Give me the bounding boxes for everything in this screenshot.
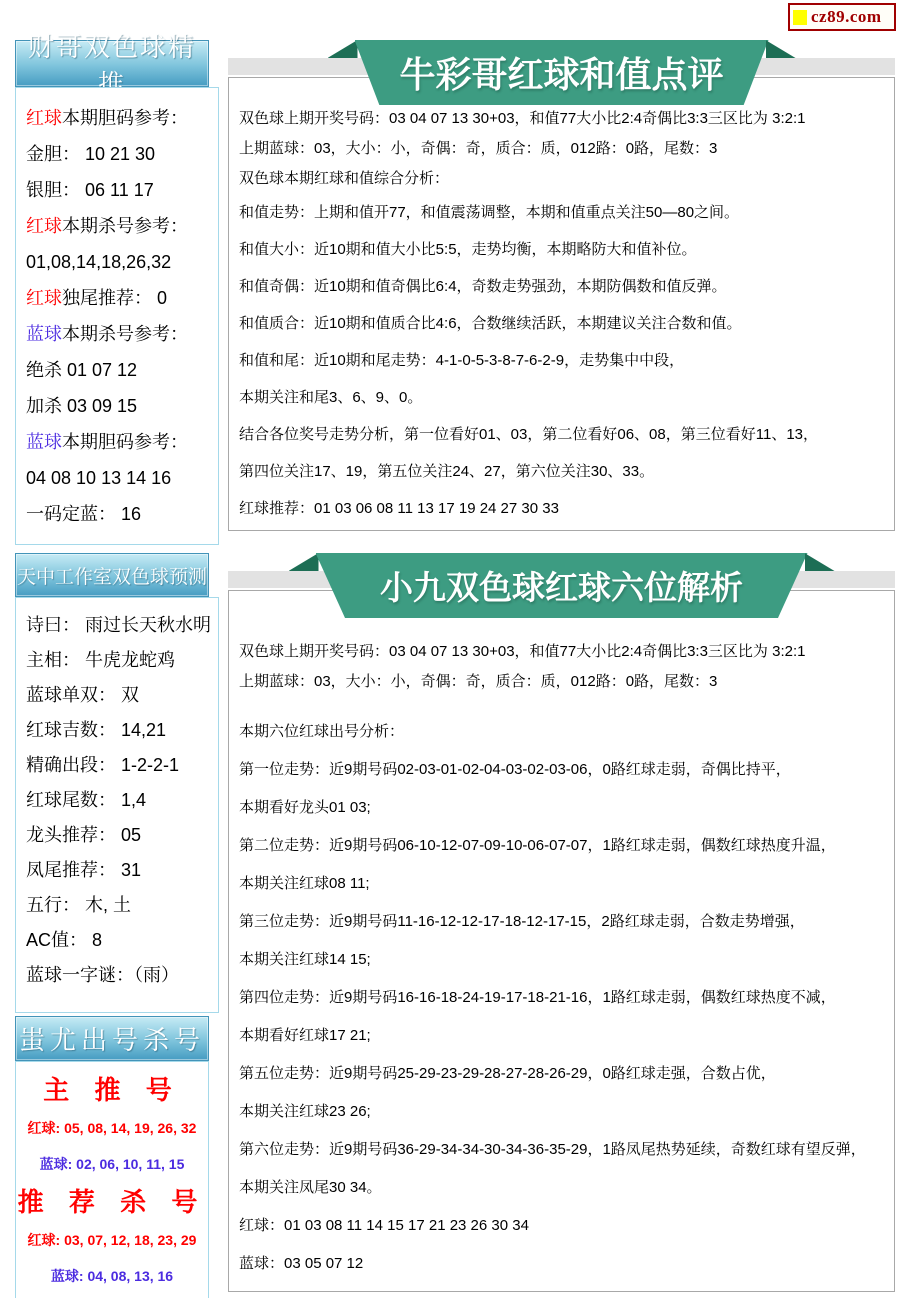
text-segment: 本期关注红球14 15; [239,951,371,968]
text-segment: 本期胆码参考： [62,108,188,128]
text-line: 本期关注凤尾30 34。 [239,1169,884,1207]
text-line: 蓝球: 02, 06, 10, 11, 15 [16,1146,208,1182]
text-line: 本期关注红球23 26; [239,1093,884,1131]
text-line [239,697,884,713]
sidebar-panel-caige-header: 财哥双色球精推 [15,40,209,87]
ribbon-fold-left-icon [289,553,319,571]
text-segment: 红球: 03, 07, 12, 18, 23, 29 [28,1232,197,1248]
text-line: 本期关注红球14 15; [239,941,884,979]
text-segment: 本期看好红球17 21; [239,1027,371,1044]
text-line: 结合各位奖号走势分析，第一位看好01、03，第二位看好06、08，第三位看好11… [239,416,884,453]
text-line: 银胆： 06 11 17 [26,172,218,208]
text-line: 和值走势：上期和值开77，和值震荡调整，本期和值重点关注50—80之间。 [239,194,884,231]
panel-title-banner: 牛彩哥红球和值点评 [355,40,769,105]
text-line: 第六位走势：近9期号码36-29-34-34-30-34-36-35-29，1路… [239,1131,884,1169]
text-segment: 和值和尾：近10期和尾走势：4-1-0-5-3-8-7-6-2-9，走势集中中段… [239,352,684,369]
logo-text: cz89.com [811,7,882,27]
main-panel-niucaige-body: 双色球上期开奖号码：03 04 07 13 30+03，和值77大小比2:4奇偶… [228,77,895,531]
text-segment: 双色球上期开奖号码：03 04 07 13 30+03，和值77大小比2:4奇偶… [239,110,805,127]
text-segment: 诗曰： 雨过长天秋水明 [26,615,211,635]
text-line: 蓝球单双： 双 [26,678,218,713]
text-line: 龙头推荐： 05 [26,818,218,853]
text-segment: 本期杀号参考： [62,216,188,236]
text-segment: 红球 [26,216,62,236]
text-segment: 01,08,14,18,26,32 [26,252,171,272]
text-segment: 五行： 木, 土 [26,895,131,915]
text-line: 双色球上期开奖号码：03 04 07 13 30+03，和值77大小比2:4奇偶… [239,637,884,667]
text-line: 红球吉数： 14,21 [26,713,218,748]
text-line: 凤尾推荐： 31 [26,853,218,888]
text-segment: 银胆： 06 11 17 [26,180,154,200]
text-line: 蓝球本期杀号参考： [26,316,218,352]
text-segment: 加杀 03 09 15 [26,396,137,416]
ribbon-fold-right-icon [766,40,796,58]
text-line: 红球: 05, 08, 14, 19, 26, 32 [16,1110,208,1146]
text-segment: 本期关注红球08 11; [239,875,370,892]
text-line: 主相： 牛虎龙蛇鸡 [26,643,218,678]
text-line: 01,08,14,18,26,32 [26,244,218,280]
text-line: AC值： 8 [26,923,218,958]
ribbon-banner: 小九双色球红球六位解析 [316,553,808,618]
text-segment: 04 08 10 13 14 16 [26,468,171,488]
text-segment: 独尾推荐： 0 [62,288,167,308]
text-segment: 本期关注凤尾30 34。 [239,1179,382,1196]
text-segment: 结合各位奖号走势分析，第一位看好01、03，第二位看好06、08，第三位看好11… [239,426,818,443]
text-segment: 精确出段： 1-2-2-1 [26,755,179,775]
text-line: 和值奇偶：近10期和值奇偶比6:4，奇数走势强劲，本期防偶数和值反弹。 [239,268,884,305]
text-line: 04 08 10 13 14 16 [26,460,218,496]
text-segment: 上期蓝球：03，大小：小，奇偶：奇，质合：质，012路：0路，尾数：3 [239,673,717,690]
text-line: 蓝球：03 05 07 12 [239,1245,884,1283]
panel-title: 牛彩哥红球和值点评 [399,47,723,98]
sidebar-panel-caige-body: 红球本期胆码参考：金胆： 10 21 30银胆： 06 11 17红球本期杀号参… [15,87,219,545]
text-line: 红球本期杀号参考： [26,208,218,244]
text-segment: 一码定蓝： 16 [26,504,141,524]
logo-yellow-square-icon [793,10,807,25]
sidebar-panel-tianzhong-body: 诗曰： 雨过长天秋水明主相： 牛虎龙蛇鸡蓝球单双： 双红球吉数： 14,21精确… [15,597,219,1013]
site-logo: cz89.com [788,3,896,31]
text-segment: 上期蓝球：03，大小：小，奇偶：奇，质合：质，012路：0路，尾数：3 [239,140,717,157]
text-segment: AC值： 8 [26,930,102,950]
text-line: 本期关注和尾3、6、9、0。 [239,379,884,416]
text-segment: 绝杀 01 07 12 [26,360,137,380]
text-segment: 蓝球：03 05 07 12 [239,1255,363,1272]
main-panel-niucaige: 双色球上期开奖号码：03 04 07 13 30+03，和值77大小比2:4奇偶… [228,40,895,531]
panel-title: 天中工作室双色球预测 [17,562,207,589]
text-segment: 蓝球: 02, 06, 10, 11, 15 [40,1156,185,1172]
text-segment: 蓝球 [26,432,62,452]
text-line: 蓝球一字谜：（雨） [26,958,218,993]
sidebar-panel-chiyou-body: 主 推 号红球: 05, 08, 14, 19, 26, 32蓝球: 02, 0… [15,1061,209,1298]
text-line: 和值质合：近10期和值质合比4:6，合数继续活跃，本期建议关注合数和值。 [239,305,884,342]
text-line: 红球: 03, 07, 12, 18, 23, 29 [16,1222,208,1258]
text-line: 本期关注红球08 11; [239,865,884,903]
text-line: 第一位走势：近9期号码02-03-01-02-04-03-02-03-06，0路… [239,751,884,789]
text-line: 红球独尾推荐： 0 [26,280,218,316]
text-line: 五行： 木, 土 [26,888,218,923]
text-segment: 凤尾推荐： 31 [26,860,141,880]
text-segment: 红球 [26,288,62,308]
main-panel-xiaojiu: 双色球上期开奖号码：03 04 07 13 30+03，和值77大小比2:4奇偶… [228,553,895,1292]
text-segment: 本期六位红球出号分析： [239,723,404,740]
text-segment: 红球吉数： 14,21 [26,720,166,740]
text-segment: 龙头推荐： 05 [26,825,141,845]
text-segment: 金胆： 10 21 30 [26,144,155,164]
text-segment: 和值奇偶：近10期和值奇偶比6:4，奇数走势强劲，本期防偶数和值反弹。 [239,278,727,295]
text-line: 蓝球本期胆码参考： [26,424,218,460]
text-line: 本期六位红球出号分析： [239,713,884,751]
text-line: 双色球本期红球和值综合分析： [239,164,884,194]
text-segment: 蓝球一字谜：（雨） [26,965,179,985]
text-segment: 蓝球: 04, 08, 13, 16 [51,1268,173,1284]
text-segment: 和值大小：近10期和值大小比5:5，走势均衡，本期略防大和值补位。 [239,241,697,258]
text-line: 双色球上期开奖号码：03 04 07 13 30+03，和值77大小比2:4奇偶… [239,104,884,134]
text-line: 第二位走势：近9期号码06-10-12-07-09-10-06-07-07，1路… [239,827,884,865]
text-segment: 蓝球 [26,324,62,344]
text-segment: 红球尾数： 1,4 [26,790,146,810]
text-line: 上期蓝球：03，大小：小，奇偶：奇，质合：质，012路：0路，尾数：3 [239,134,884,164]
text-line: 和值大小：近10期和值大小比5:5，走势均衡，本期略防大和值补位。 [239,231,884,268]
sidebar-panel-chiyou-header: 蚩尤出号杀号 [15,1016,209,1061]
ribbon-fold-left-icon [328,40,358,58]
text-line: 第四位走势：近9期号码16-16-18-24-19-17-18-21-16，1路… [239,979,884,1017]
text-segment: 第四位关注17、19，第五位关注24、27，第六位关注30、33。 [239,463,654,480]
text-segment: 和值质合：近10期和值质合比4:6，合数继续活跃，本期建议关注合数和值。 [239,315,742,332]
text-segment: 推 荐 杀 号 [18,1187,207,1217]
text-line: 红球本期胆码参考： [26,100,218,136]
text-segment: 双色球本期红球和值综合分析： [239,170,449,187]
text-segment: 第六位走势：近9期号码36-29-34-34-30-34-36-35-29，1路… [239,1141,866,1158]
sidebar-panel-tianzhong-header: 天中工作室双色球预测 [15,553,209,597]
text-line: 诗曰： 雨过长天秋水明 [26,608,218,643]
text-segment: 本期关注和尾3、6、9、0。 [239,389,422,406]
ribbon-fold-right-icon [805,553,835,571]
text-segment: 红球：01 03 08 11 14 15 17 21 23 26 30 34 [239,1217,529,1234]
text-line: 第四位关注17、19，第五位关注24、27，第六位关注30、33。 [239,453,884,490]
text-segment: 红球 [26,108,62,128]
text-line: 加杀 03 09 15 [26,388,218,424]
text-segment: 和值走势：上期和值开77，和值震荡调整，本期和值重点关注50—80之间。 [239,204,739,221]
main-panel-xiaojiu-body: 双色球上期开奖号码：03 04 07 13 30+03，和值77大小比2:4奇偶… [228,590,895,1292]
text-line: 本期看好红球17 21; [239,1017,884,1055]
text-segment: 双色球上期开奖号码：03 04 07 13 30+03，和值77大小比2:4奇偶… [239,643,805,660]
text-segment: 本期杀号参考： [62,324,188,344]
text-segment: 本期关注红球23 26; [239,1103,371,1120]
text-segment: 第五位走势：近9期号码25-29-23-29-28-27-28-26-29，0路… [239,1065,776,1082]
lottery-prediction-page: cz89.com 财哥双色球精推 红球本期胆码参考：金胆： 10 21 30银胆… [0,0,900,1298]
text-line: 上期蓝球：03，大小：小，奇偶：奇，质合：质，012路：0路，尾数：3 [239,667,884,697]
panel-title: 蚩尤出号杀号 [19,1020,205,1057]
text-line: 推 荐 杀 号 [16,1182,208,1222]
text-line: 和值和尾：近10期和尾走势：4-1-0-5-3-8-7-6-2-9，走势集中中段… [239,342,884,379]
text-line: 本期看好龙头01 03; [239,789,884,827]
panel-title: 小九双色球红球六位解析 [380,562,743,609]
text-segment: 红球: 05, 08, 14, 19, 26, 32 [28,1120,197,1136]
text-segment: 蓝球单双： 双 [26,685,139,705]
text-segment: 本期胆码参考： [62,432,188,452]
ribbon-banner: 牛彩哥红球和值点评 [355,40,769,105]
text-line: 蓝球: 04, 08, 13, 16 [16,1258,208,1294]
panel-title-banner: 小九双色球红球六位解析 [316,553,808,618]
text-line: 第五位走势：近9期号码25-29-23-29-28-27-28-26-29，0路… [239,1055,884,1093]
text-line: 主 推 号 [16,1070,208,1110]
text-line: 绝杀 01 07 12 [26,352,218,388]
text-line: 红球推荐：01 03 06 08 11 13 17 19 24 27 30 33 [239,490,884,527]
text-line: 第三位走势：近9期号码11-16-12-12-17-18-12-17-15，2路… [239,903,884,941]
text-segment: 第一位走势：近9期号码02-03-01-02-04-03-02-03-06，0路… [239,761,791,778]
text-segment: 第二位走势：近9期号码06-10-12-07-09-10-06-07-07，1路… [239,837,836,854]
text-segment: 主相： 牛虎龙蛇鸡 [26,650,175,670]
text-segment: 第四位走势：近9期号码16-16-18-24-19-17-18-21-16，1路… [239,989,836,1006]
text-line: 红球：01 03 08 11 14 15 17 21 23 26 30 34 [239,1207,884,1245]
text-segment: 本期看好龙头01 03; [239,799,371,816]
text-line: 金胆： 10 21 30 [26,136,218,172]
text-segment: 主 推 号 [43,1075,180,1105]
text-line: 一码定蓝： 16 [26,496,218,532]
text-line: 精确出段： 1-2-2-1 [26,748,218,783]
text-segment: 第三位走势：近9期号码11-16-12-12-17-18-12-17-15，2路… [239,913,805,930]
text-line: 红球尾数： 1,4 [26,783,218,818]
text-segment: 红球推荐：01 03 06 08 11 13 17 19 24 27 30 33 [239,500,559,517]
